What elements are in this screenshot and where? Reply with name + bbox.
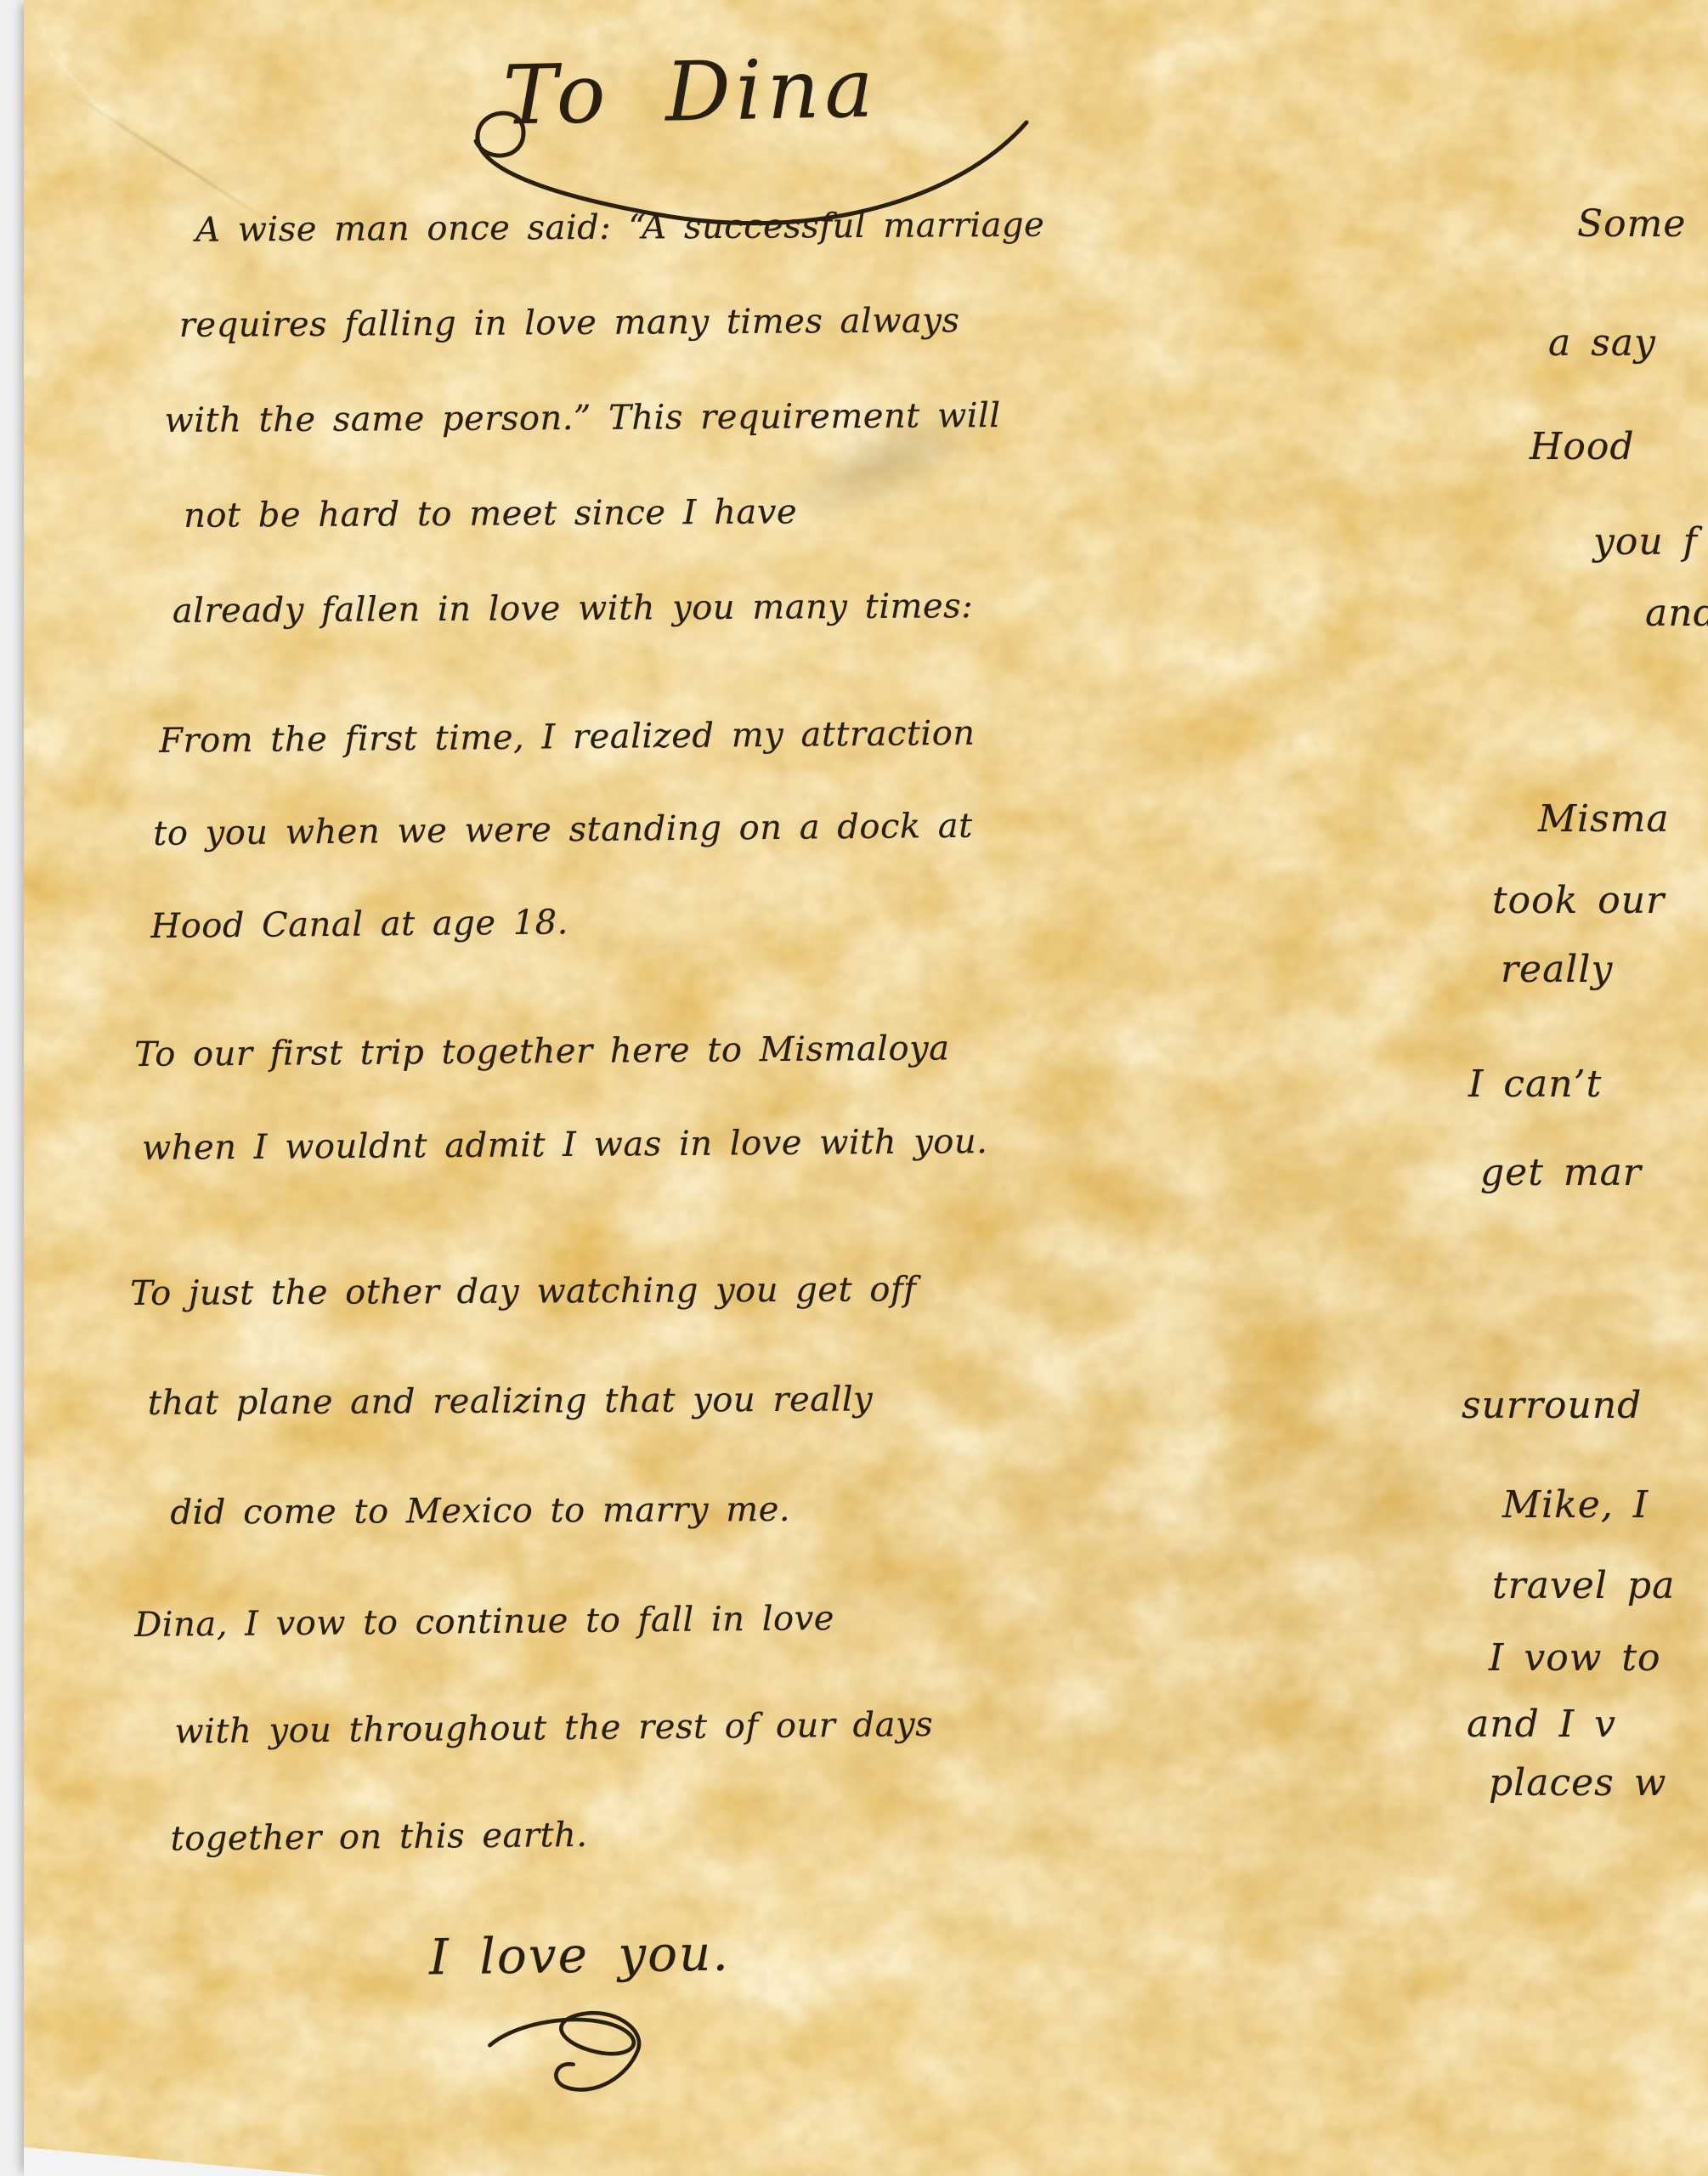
page-fragment: travel pa xyxy=(1492,1564,1675,1607)
page-fragment: and u xyxy=(1645,592,1708,635)
paragraph: A wise man once said: “A successful marr… xyxy=(163,206,1047,631)
page-fragment: you f xyxy=(1593,520,1698,564)
letter-title: To Dina xyxy=(502,40,879,143)
paragraph: Dina, I vow to continue to fall in love … xyxy=(134,1598,935,1859)
page-fragment: surround xyxy=(1462,1384,1642,1427)
letter-line: to you when we were standing on a dock a… xyxy=(153,807,976,853)
letter-line: A wise man once said: “A successful marr… xyxy=(195,206,1044,250)
page-fragment: Hood xyxy=(1530,425,1635,468)
letter-line: requires falling in love many times alwa… xyxy=(179,301,1045,345)
letter-line: did come to Mexico to marry me. xyxy=(170,1489,918,1533)
letter-line: with the same person.” This requirement … xyxy=(164,396,1045,440)
page-fragment: I vow to xyxy=(1489,1636,1661,1680)
page-fragment: really xyxy=(1501,948,1613,991)
letter-line: already fallen in love with you many tim… xyxy=(172,586,1047,631)
letter-line: that plane and realizing that you really xyxy=(148,1380,918,1423)
letter-line: when I wouldnt admit I was in love with … xyxy=(142,1122,988,1168)
paragraph: To our first trip together here to Misma… xyxy=(134,1028,988,1168)
page-fragment: Some xyxy=(1577,202,1686,246)
page-fragment: took our xyxy=(1492,879,1665,922)
page-fragment: I can’t xyxy=(1468,1062,1602,1106)
letter-line: with you throughout the rest of our days xyxy=(174,1705,933,1752)
page-fragment: Mike, I xyxy=(1502,1483,1649,1527)
page-fragment: and I v xyxy=(1467,1703,1616,1746)
paper-crease xyxy=(48,51,175,191)
letter-line: To our first trip together here to Misma… xyxy=(134,1028,987,1074)
letter-line: together on this earth. xyxy=(170,1812,934,1859)
letter-line: not be hard to meet since I have xyxy=(184,491,1046,535)
closing-line: I love you. xyxy=(429,1924,731,1986)
paragraph: From the first time, I realized my attra… xyxy=(149,714,977,946)
page-fragment: places w xyxy=(1489,1761,1666,1805)
page-fragment: get mar xyxy=(1480,1151,1642,1194)
letter-line: Hood Canal at age 18. xyxy=(150,899,977,946)
letter-line: Dina, I vow to continue to fall in love xyxy=(134,1598,932,1645)
letter-line: From the first time, I realized my attra… xyxy=(159,714,976,761)
paragraph: To just the other day watching you get o… xyxy=(130,1270,918,1533)
letter-line: To just the other day watching you get o… xyxy=(130,1270,917,1313)
page-fragment: a say xyxy=(1548,321,1656,365)
page-fragment: Misma xyxy=(1538,797,1670,841)
